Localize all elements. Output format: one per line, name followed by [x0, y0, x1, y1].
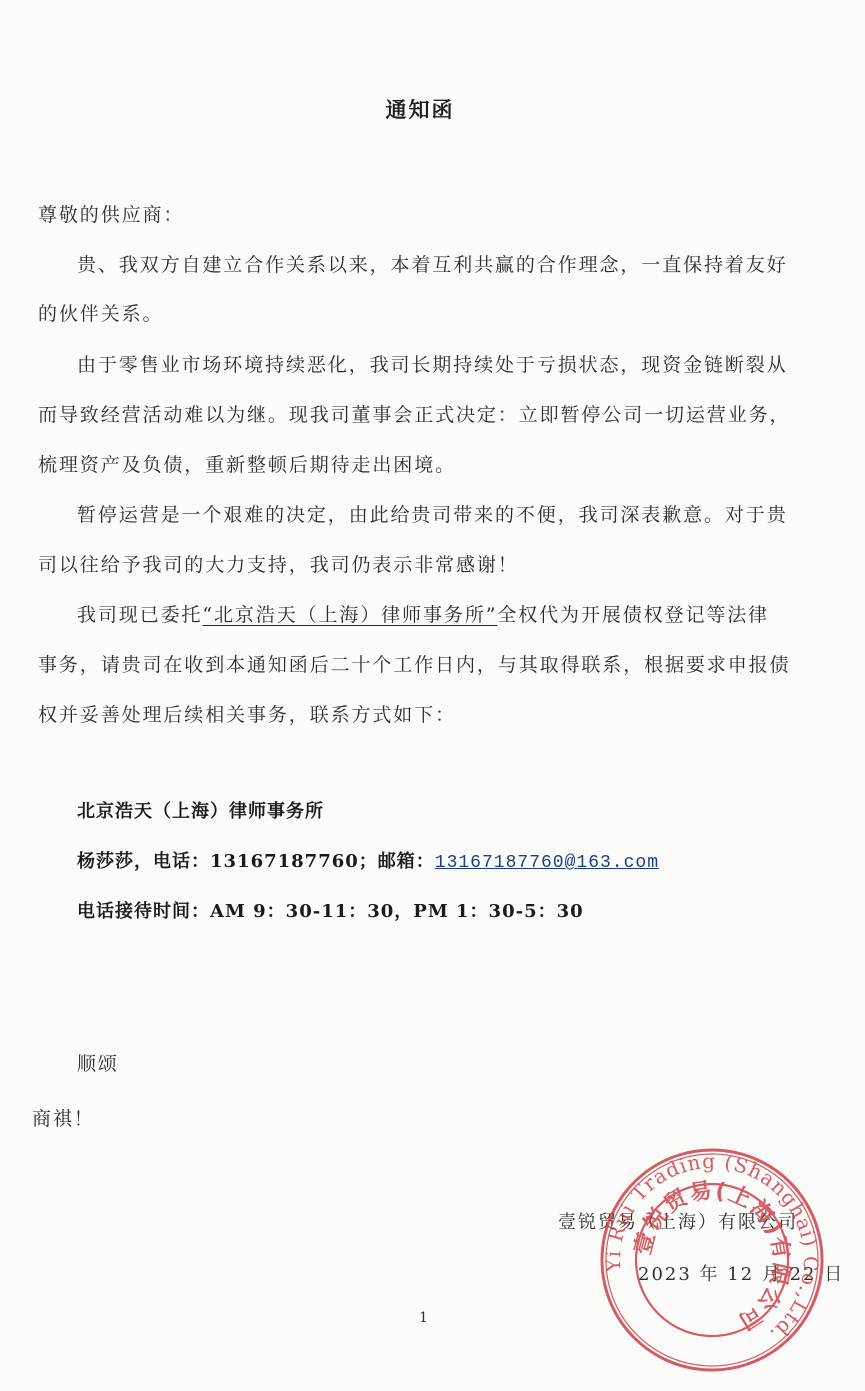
contact-person: 杨莎莎，电话：13167187760；邮箱：13167187760@163.co…	[77, 847, 659, 873]
paragraph-2-line-2: 而导致经营活动难以为继。现我司董事会正式决定：立即暂停公司一切运营业务，	[38, 400, 790, 427]
paragraph-3-line-1: 暂停运营是一个艰难的决定，由此给贵司带来的不便，我司深表歉意。对于贵	[77, 500, 788, 527]
paragraph-4-line-2: 事务，请贵司在收到本通知函后二十个工作日内，与其取得联系，根据要求申报债	[38, 650, 790, 677]
signature-company: 壹锐贸易（上海）有限公司	[558, 1208, 798, 1234]
contact-person-phone: 杨莎莎，电话：13167187760；邮箱：	[77, 851, 435, 872]
document-page: 通知函 尊敬的供应商： 贵、我双方自建立合作关系以来，本着互利共赢的合作理念，一…	[0, 0, 865, 1391]
paragraph-4-line-3: 权并妥善处理后续相关事务，联系方式如下：	[38, 700, 456, 727]
contact-hours: 电话接待时间：AM 9：30-11：30，PM 1：30-5：30	[77, 897, 584, 923]
paragraph-4-line-1: 我司现已委托“北京浩天（上海）律师事务所”全权代为开展债权登记等法律	[77, 600, 769, 627]
contact-firm: 北京浩天（上海）律师事务所	[77, 797, 324, 823]
paragraph-1-line-1: 贵、我双方自建立合作关系以来，本着互利共赢的合作理念，一直保持着友好	[77, 250, 788, 277]
document-title: 通知函	[0, 94, 840, 124]
law-firm-reference: “北京浩天（上海）律师事务所”	[202, 604, 497, 626]
closing-line-2: 商祺！	[32, 1104, 95, 1131]
signature-date: 2023 年 12 月 22 日	[638, 1260, 844, 1286]
page-number: 1	[419, 1310, 428, 1326]
paragraph-3-line-2: 司以往给予我司的大力支持，我司仍表示非常感谢！	[38, 550, 519, 577]
closing-line-1: 顺颂	[77, 1049, 119, 1076]
paragraph-4-prefix: 我司现已委托	[77, 604, 202, 626]
paragraph-2-line-1: 由于零售业市场环境持续恶化，我司长期持续处于亏损状态，现资金链断裂从	[77, 350, 788, 377]
paragraph-4-suffix: 全权代为开展债权登记等法律	[497, 604, 769, 626]
svg-text:壹锐贸易(上海)有限公司: 壹锐贸易(上海)有限公司	[615, 1156, 816, 1361]
paragraph-1-line-2: 的伙伴关系。	[38, 299, 163, 326]
salutation: 尊敬的供应商：	[38, 200, 184, 227]
contact-email-link[interactable]: 13167187760@163.com	[435, 853, 659, 873]
paragraph-2-line-3: 梳理资产及负债，重新整顿后期待走出困境。	[38, 450, 456, 477]
